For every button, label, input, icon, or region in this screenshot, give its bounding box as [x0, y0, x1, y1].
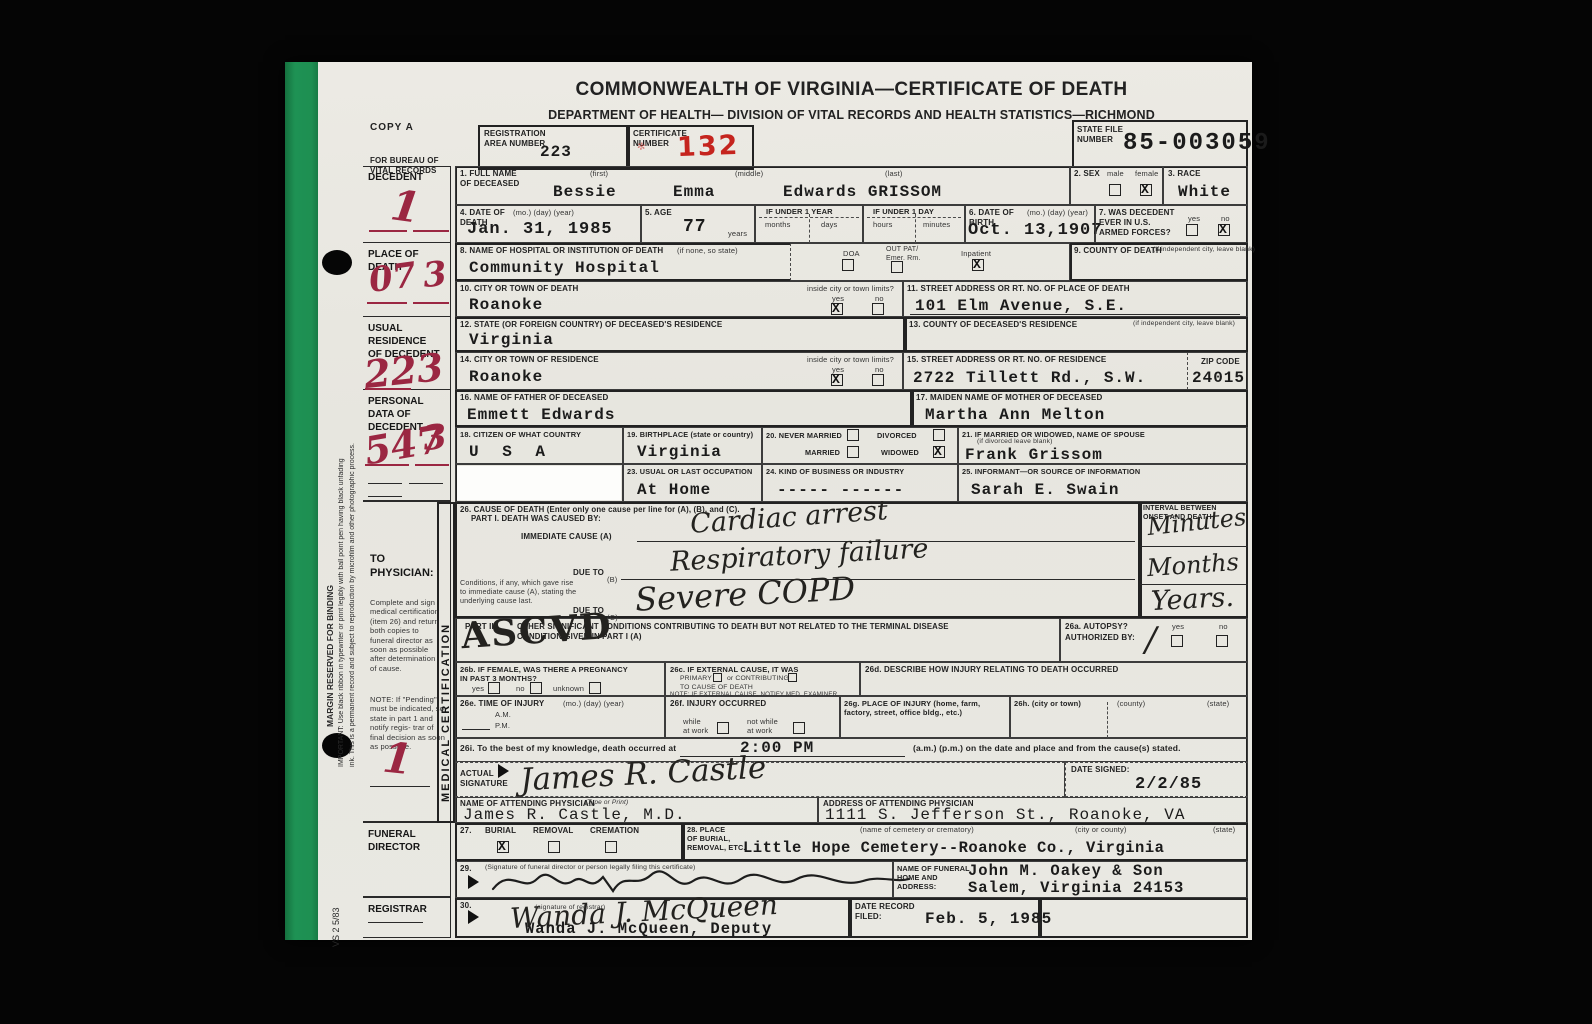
sex-label: 2. SEX: [1074, 169, 1100, 179]
residence-street-label: 15. STREET ADDRESS OR RT. NO. OF RESIDEN…: [907, 355, 1106, 365]
name-first-value: Bessie: [553, 183, 617, 201]
birthplace-label: 19. BIRTHPLACE (state or country): [627, 430, 753, 439]
occupation-label: 23. USUAL OR LAST OCCUPATION: [627, 467, 757, 476]
female-label: female: [1135, 169, 1158, 178]
death-limits-no-label: no: [875, 294, 884, 303]
never-married-checkbox: [847, 429, 859, 441]
certificate-number-stamp: 132: [676, 130, 739, 163]
minutes-label: minutes: [923, 220, 950, 229]
residence-county-label: 13. COUNTY OF DECEASED'S RESIDENCE: [909, 320, 1077, 330]
date-of-death-value: Jan. 31, 1985: [467, 220, 613, 239]
county-of-death-hint: (if independent city, leave blank): [1153, 246, 1255, 254]
male-checkbox: [1109, 184, 1121, 196]
never-married-label: 20. NEVER MARRIED: [766, 431, 842, 440]
father-label: 16. NAME OF FATHER OF DECEASED: [460, 393, 608, 403]
pregnancy-unknown-label: unknown: [553, 684, 584, 693]
married-checkbox: [847, 446, 859, 458]
red-mark-place-1: 07: [366, 255, 418, 301]
immediate-cause-label: IMMEDIATE CAUSE (A): [521, 532, 612, 542]
residence-street-value: 2722 Tillett Rd., S.W.: [913, 369, 1146, 387]
funeral-home-line1: John M. Oakey & Son: [968, 862, 1164, 880]
registration-area-value: 223: [540, 143, 572, 161]
injury-state-hint: (state): [1207, 699, 1229, 708]
married-label: MARRIED: [805, 448, 840, 457]
scan-background: MARGIN RESERVED FOR BINDING IMPORTANT: U…: [0, 0, 1592, 1024]
inpatient-mark: X: [973, 257, 981, 272]
zip-value: 24015: [1192, 369, 1245, 387]
while-at-work-checkbox: [717, 722, 729, 734]
death-occurred-suffix: (a.m.) (p.m.) on the date and place and …: [913, 743, 1181, 754]
business-label: 24. KIND OF BUSINESS OR INDUSTRY: [766, 467, 904, 476]
age-years-label: years: [728, 229, 747, 238]
spouse-value: Frank Grissom: [965, 446, 1103, 464]
hospital-hint: (if none, so state): [677, 246, 738, 255]
death-occurred-label: 26i. To the best of my knowledge, death …: [460, 743, 676, 754]
county-of-death-label: 9. COUNTY OF DEATH: [1074, 246, 1162, 256]
pregnancy-no-checkbox: [530, 682, 542, 694]
informant-label: 25. INFORMANT—OR SOURCE OF INFORMATION: [962, 467, 1140, 476]
injury-county-hint: (county): [1117, 699, 1145, 708]
time-of-injury-hint: (mo.) (day) (year): [563, 699, 624, 708]
field-hospital-type: [790, 243, 1070, 281]
residence-limits-no-label: no: [875, 365, 884, 374]
zip-label: ZIP CODE: [1201, 357, 1240, 367]
place-of-injury-label: 26g. PLACE OF INJURY (home, farm, factor…: [844, 699, 1004, 718]
registrar-arrow-icon: [468, 910, 479, 924]
certificate-title: COMMONWEALTH OF VIRGINIA—CERTIFICATE OF …: [455, 78, 1248, 102]
widowed-mark: X: [934, 444, 942, 459]
due-to-b-label: DUE TO: [573, 568, 604, 578]
residence-state-label: 12. STATE (OR FOREIGN COUNTRY) OF DECEAS…: [460, 320, 722, 330]
how-injury-label: 26d. DESCRIBE HOW INJURY RELATING TO DEA…: [865, 665, 1118, 675]
months-label: months: [765, 220, 791, 229]
outpatient-checkbox: [891, 261, 903, 273]
form-code: VS 2 5/83: [331, 877, 341, 947]
place-of-burial-label: 28. PLACE OF BURIAL, REMOVAL, ETC.: [687, 825, 746, 852]
name-last-value: Edwards GRISSOM: [783, 183, 942, 201]
occupation-value: At Home: [637, 481, 711, 499]
punch-hole-bottom: [322, 733, 352, 758]
not-while-at-work-checkbox: [793, 722, 805, 734]
birthplace-value: Virginia: [637, 443, 722, 461]
date-filed-label: DATE RECORD FILED:: [855, 902, 915, 922]
contributing-checkbox: [788, 673, 797, 682]
margin-binding-note: MARGIN RESERVED FOR BINDING: [325, 492, 335, 727]
pm-label: P.M.: [495, 721, 510, 730]
funeral-home-line2: Salem, Virginia 24153: [968, 879, 1184, 897]
removal-label: REMOVAL: [533, 826, 573, 836]
burial-mark: X: [498, 839, 506, 854]
autopsy-yes-label: yes: [1172, 622, 1184, 631]
punch-hole-top: [322, 250, 352, 275]
external-cause-label: 26c. IF EXTERNAL CAUSE, IT WAS: [670, 665, 799, 674]
state-file-value: 85-003059: [1123, 130, 1271, 157]
stamp-smudge: ✻: [636, 141, 648, 154]
autopsy-yes-checkbox: [1171, 635, 1183, 647]
cremation-checkbox: [605, 841, 617, 853]
residence-state-value: Virginia: [469, 331, 554, 349]
full-name-label: 1. FULL NAME OF DECEASED: [460, 169, 519, 189]
armed-no-mark: X: [1219, 222, 1227, 237]
burial-city-hint: (city or county): [1075, 825, 1127, 834]
burial-state-hint: (state): [1213, 825, 1235, 834]
doa-checkbox: [842, 259, 854, 271]
red-mark-physician: 1: [381, 733, 415, 785]
last-hint: (last): [885, 169, 903, 178]
funeral-signature-number: 29.: [460, 864, 472, 874]
physician-name-value: James R. Castle, M.D.: [463, 806, 686, 824]
disposition-number: 27.: [460, 826, 472, 836]
citizen-label: 18. CITIZEN OF WHAT COUNTRY: [460, 430, 581, 439]
green-binding-strip: [285, 62, 318, 940]
while-at-work-label: while at work: [683, 717, 708, 736]
pregnancy-label: 26b. IF FEMALE, WAS THERE A PREGNANCY IN…: [460, 665, 628, 684]
place-of-burial-value: Little Hope Cemetery--Roanoke Co., Virgi…: [743, 839, 1164, 857]
residence-limits-label: inside city or town limits?: [807, 355, 894, 364]
registrar-typed-name: Wanda J. McQueen, Deputy: [525, 920, 772, 938]
residence-county-hint: (if independent city, leave blank): [1133, 320, 1235, 328]
widowed-label: WIDOWED: [881, 448, 919, 457]
b-label: (B): [607, 575, 617, 584]
armed-forces-label: 7. WAS DECEDENT EVER IN U.S. ARMED FORCE…: [1099, 208, 1175, 238]
death-certificate-paper: MARGIN RESERVED FOR BINDING IMPORTANT: U…: [285, 62, 1252, 940]
cremation-label: CREMATION: [590, 826, 639, 836]
age-value: 77: [683, 217, 707, 237]
death-limits-no-checkbox: [872, 303, 884, 315]
am-label: A.M.: [495, 710, 511, 719]
date-filed-value: Feb. 5, 1985: [925, 910, 1052, 928]
doa-label: DOA: [843, 249, 860, 258]
street-of-death-label: 11. STREET ADDRESS OR RT. NO. OF PLACE O…: [907, 284, 1130, 294]
date-of-death-hint: (mo.) (day) (year): [513, 208, 574, 217]
under-1-year-label: IF UNDER 1 YEAR: [766, 207, 833, 216]
days-label: days: [821, 220, 837, 229]
informant-value: Sarah E. Swain: [971, 481, 1119, 499]
margin-important-note-1: IMPORTANT: Use black ribbon in typewrite…: [338, 457, 345, 767]
age-label: 5. AGE: [645, 208, 672, 218]
date-of-birth-hint: (mo.) (day) (year): [1027, 208, 1088, 217]
death-limits-label: inside city or town limits?: [807, 284, 894, 293]
mother-label: 17. MAIDEN NAME OF MOTHER OF DECEASED: [916, 393, 1102, 403]
contributing-label: or CONTRIBUTING: [727, 675, 789, 683]
cemetery-hint: (name of cemetery or crematory): [860, 825, 974, 834]
state-file-label: STATE FILE NUMBER: [1077, 125, 1123, 145]
signature-arrow-icon: [498, 764, 509, 778]
citizen-value: U S A: [469, 443, 552, 461]
funeral-signature-arrow-icon: [468, 875, 479, 889]
mother-value: Martha Ann Melton: [925, 406, 1105, 424]
pregnancy-no-label: no: [516, 684, 525, 693]
conditions-note: Conditions, if any, which gave rise to i…: [460, 578, 580, 605]
autopsy-authorized-label: AUTHORIZED BY:: [1065, 633, 1135, 643]
death-limits-yes-mark: X: [832, 301, 840, 316]
injury-occurred-label: 26f. INJURY OCCURRED: [670, 699, 766, 709]
female-checkbox-mark: X: [1141, 182, 1149, 197]
section-registrar: REGISTRAR: [368, 903, 427, 916]
autopsy-no-label: no: [1219, 622, 1228, 631]
red-mark-place-2: 3: [421, 254, 449, 296]
registration-area-label: REGISTRATION AREA NUMBER: [484, 129, 546, 149]
date-signed-value: 2/2/85: [1135, 775, 1202, 794]
redacted-box: [457, 466, 621, 500]
margin-important-note-2: ink. This is a permanent record and subj…: [349, 457, 356, 767]
residence-limits-no-checkbox: [872, 374, 884, 386]
section-to-physician: TO PHYSICIAN:: [370, 552, 434, 581]
section-funeral-director: FUNERAL DIRECTOR: [368, 828, 420, 854]
divorced-checkbox: [933, 429, 945, 441]
name-middle-value: Emma: [673, 183, 715, 201]
part1-label: PART I. DEATH WAS CAUSED BY:: [471, 514, 601, 524]
physician-address-value: 1111 S. Jefferson St., Roanoke, VA: [825, 806, 1185, 824]
autopsy-no-checkbox: [1216, 635, 1228, 647]
time-of-injury-label: 26e. TIME OF INJURY: [460, 699, 544, 709]
first-hint: (first): [590, 169, 608, 178]
physician-note: Complete and sign medical certification …: [370, 598, 444, 673]
pregnancy-yes-label: yes: [472, 684, 484, 693]
father-value: Emmett Edwards: [467, 406, 615, 424]
residence-city-value: Roanoke: [469, 368, 543, 386]
copy-label: COPY A: [370, 122, 414, 135]
autopsy-label: 26a. AUTOPSY?: [1065, 622, 1128, 632]
city-of-death-value: Roanoke: [469, 296, 543, 314]
field-registrar-empty: [1040, 898, 1248, 938]
date-of-birth-value: Oct. 13,1907: [968, 221, 1102, 240]
armed-yes-checkbox: [1186, 224, 1198, 236]
primary-label: PRIMARY: [680, 675, 712, 683]
not-while-at-work-label: not while at work: [747, 717, 778, 736]
city-of-death-label: 10. CITY OR TOWN OF DEATH: [460, 284, 578, 294]
red-mark-personal-2: 3: [421, 417, 449, 459]
residence-city-label: 14. CITY OR TOWN OF RESIDENCE: [460, 355, 599, 365]
hospital-value: Community Hospital: [469, 259, 660, 277]
injury-city-label: 26h. (city or town): [1014, 699, 1081, 708]
interval-c-handwriting: Years.: [1150, 582, 1234, 617]
race-label: 3. RACE: [1168, 169, 1201, 179]
primary-checkbox: [713, 673, 722, 682]
pregnancy-yes-checkbox: [488, 682, 500, 694]
street-of-death-value: 101 Elm Avenue, S.E.: [915, 297, 1127, 315]
hours-label: hours: [873, 220, 893, 229]
race-value: White: [1178, 183, 1231, 201]
date-signed-label: DATE SIGNED:: [1071, 765, 1130, 775]
removal-checkbox: [548, 841, 560, 853]
under-1-day-label: IF UNDER 1 DAY: [873, 207, 934, 216]
divorced-label: DIVORCED: [877, 431, 917, 440]
burial-label: BURIAL: [485, 826, 516, 836]
residence-limits-yes-mark: X: [832, 372, 840, 387]
middle-hint: (middle): [735, 169, 763, 178]
armed-yes-label: yes: [1188, 214, 1200, 223]
funeral-home-label: NAME OF FUNERAL HOME AND ADDRESS:: [897, 864, 970, 891]
medical-certification-vertical-label: MEDICAL CERTIFICATION: [440, 532, 452, 802]
male-label: male: [1107, 169, 1124, 178]
pregnancy-unknown-checkbox: [589, 682, 601, 694]
hospital-label: 8. NAME OF HOSPITAL OR INSTITUTION OF DE…: [460, 246, 663, 256]
autopsy-stray-mark: /: [1145, 620, 1156, 660]
